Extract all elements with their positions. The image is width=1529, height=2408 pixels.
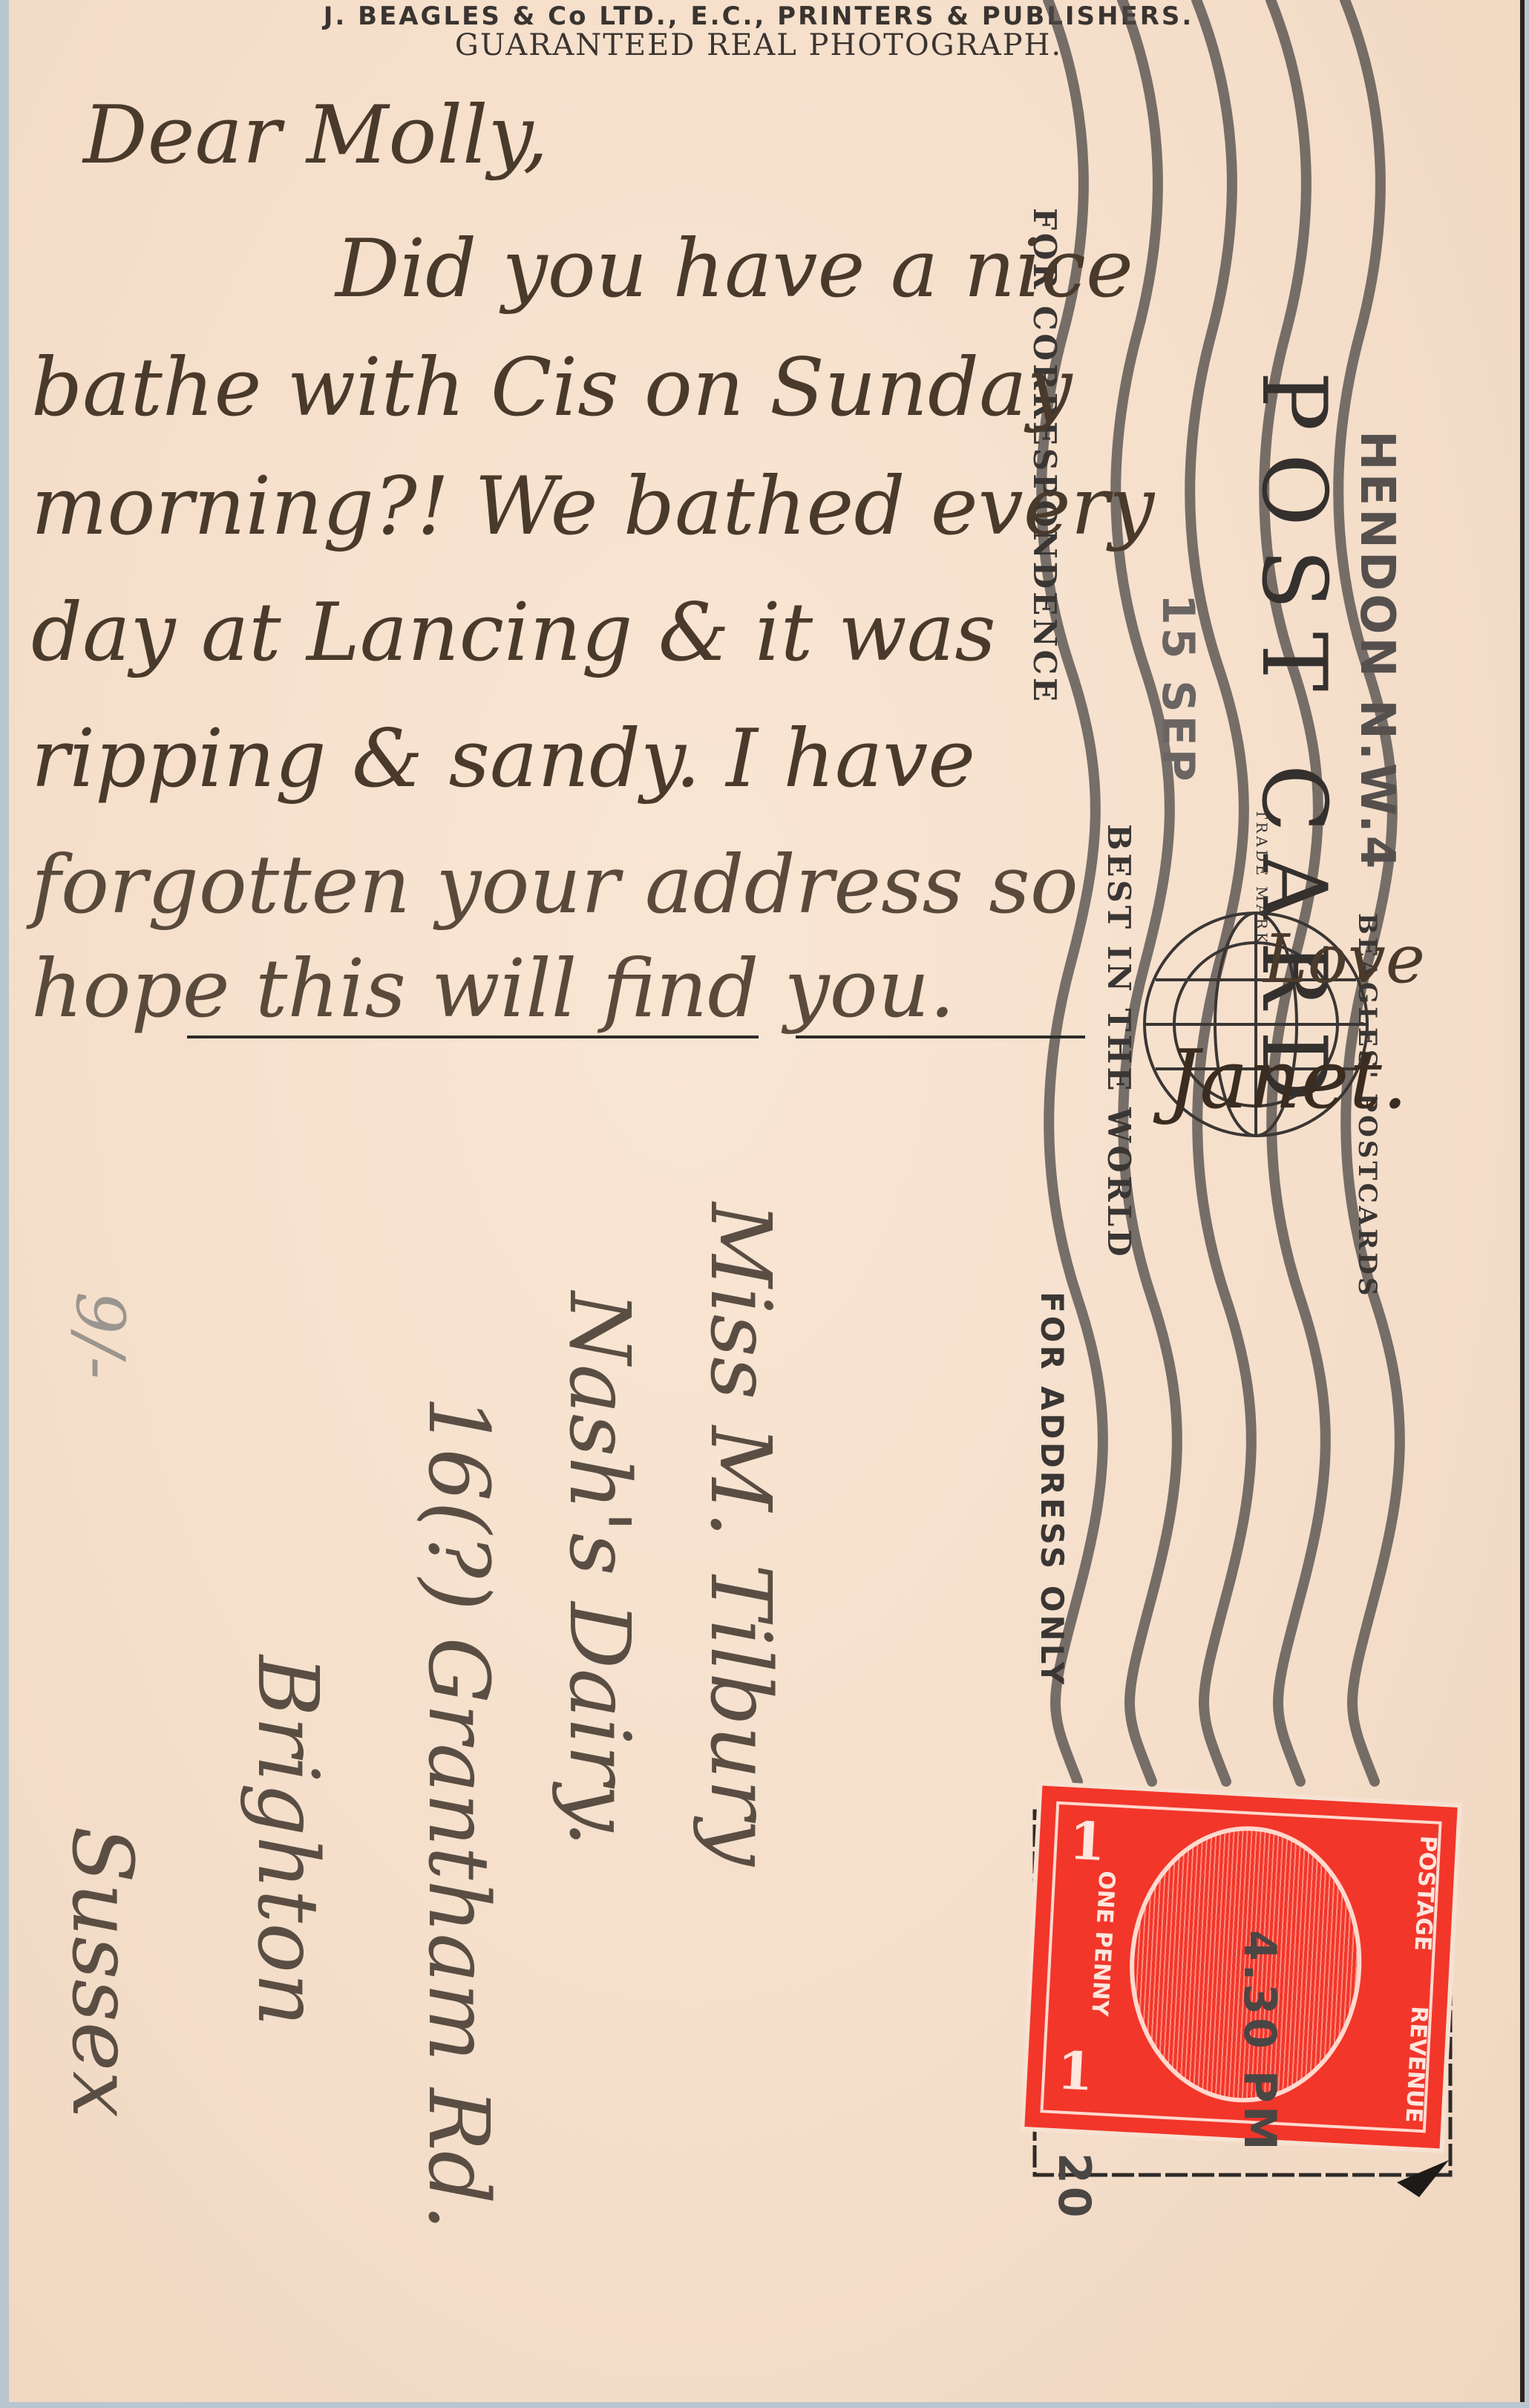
address-label: FOR ADDRESS ONLY bbox=[1034, 1292, 1070, 1687]
postmark-year: 20 bbox=[1048, 2153, 1100, 2221]
trademark-slogan: BEST IN THE WORLD bbox=[1101, 824, 1137, 1260]
stamp-top-label: POSTAGE bbox=[1409, 1835, 1441, 1951]
stamp-bottom-label: REVENUE bbox=[1400, 2006, 1432, 2124]
message-line: hope this will find you. bbox=[31, 943, 955, 1035]
post-card-label: POST CARD bbox=[1242, 371, 1345, 1125]
divider-rule bbox=[187, 1035, 759, 1038]
postmark-time: 4.30 PM bbox=[1234, 1930, 1286, 2153]
divider-rule bbox=[796, 1035, 1085, 1038]
message-line: forgotten your address so bbox=[31, 839, 1078, 932]
postcard-back: J. BEAGLES & Co LTD., E.C., PRINTERS & P… bbox=[9, 0, 1525, 2402]
greeting: Dear Molly, bbox=[83, 89, 549, 182]
message-line: ripping & sandy. I have bbox=[31, 713, 975, 805]
address-line: Nash's Dairy. bbox=[551, 1292, 647, 1847]
address-line: Sussex bbox=[53, 1826, 150, 2118]
stamp-denomination: 1 bbox=[1067, 1810, 1107, 1873]
address-line: 16(?) Grantham Rd. bbox=[410, 1396, 506, 2231]
signature: Janet. bbox=[1167, 1032, 1408, 1127]
postmark-town: HENDON N.W.4 bbox=[1349, 431, 1404, 871]
stamp-denomination: 1 bbox=[1055, 2039, 1095, 2102]
message-line: morning?! We bathed every bbox=[31, 460, 1154, 553]
message-line: day at Lancing & it was bbox=[31, 586, 996, 679]
address-line: Miss M. Tilbury bbox=[692, 1203, 788, 1866]
address-line: Brighton bbox=[239, 1655, 335, 2026]
message-line: Did you have a nice bbox=[335, 223, 1133, 315]
pencil-note: 9/- bbox=[61, 1292, 139, 1379]
message-line: bathe with Cis on Sunday bbox=[31, 341, 1072, 434]
closing: Love bbox=[1263, 920, 1425, 998]
postmark-date: 15 SEP bbox=[1152, 594, 1204, 785]
